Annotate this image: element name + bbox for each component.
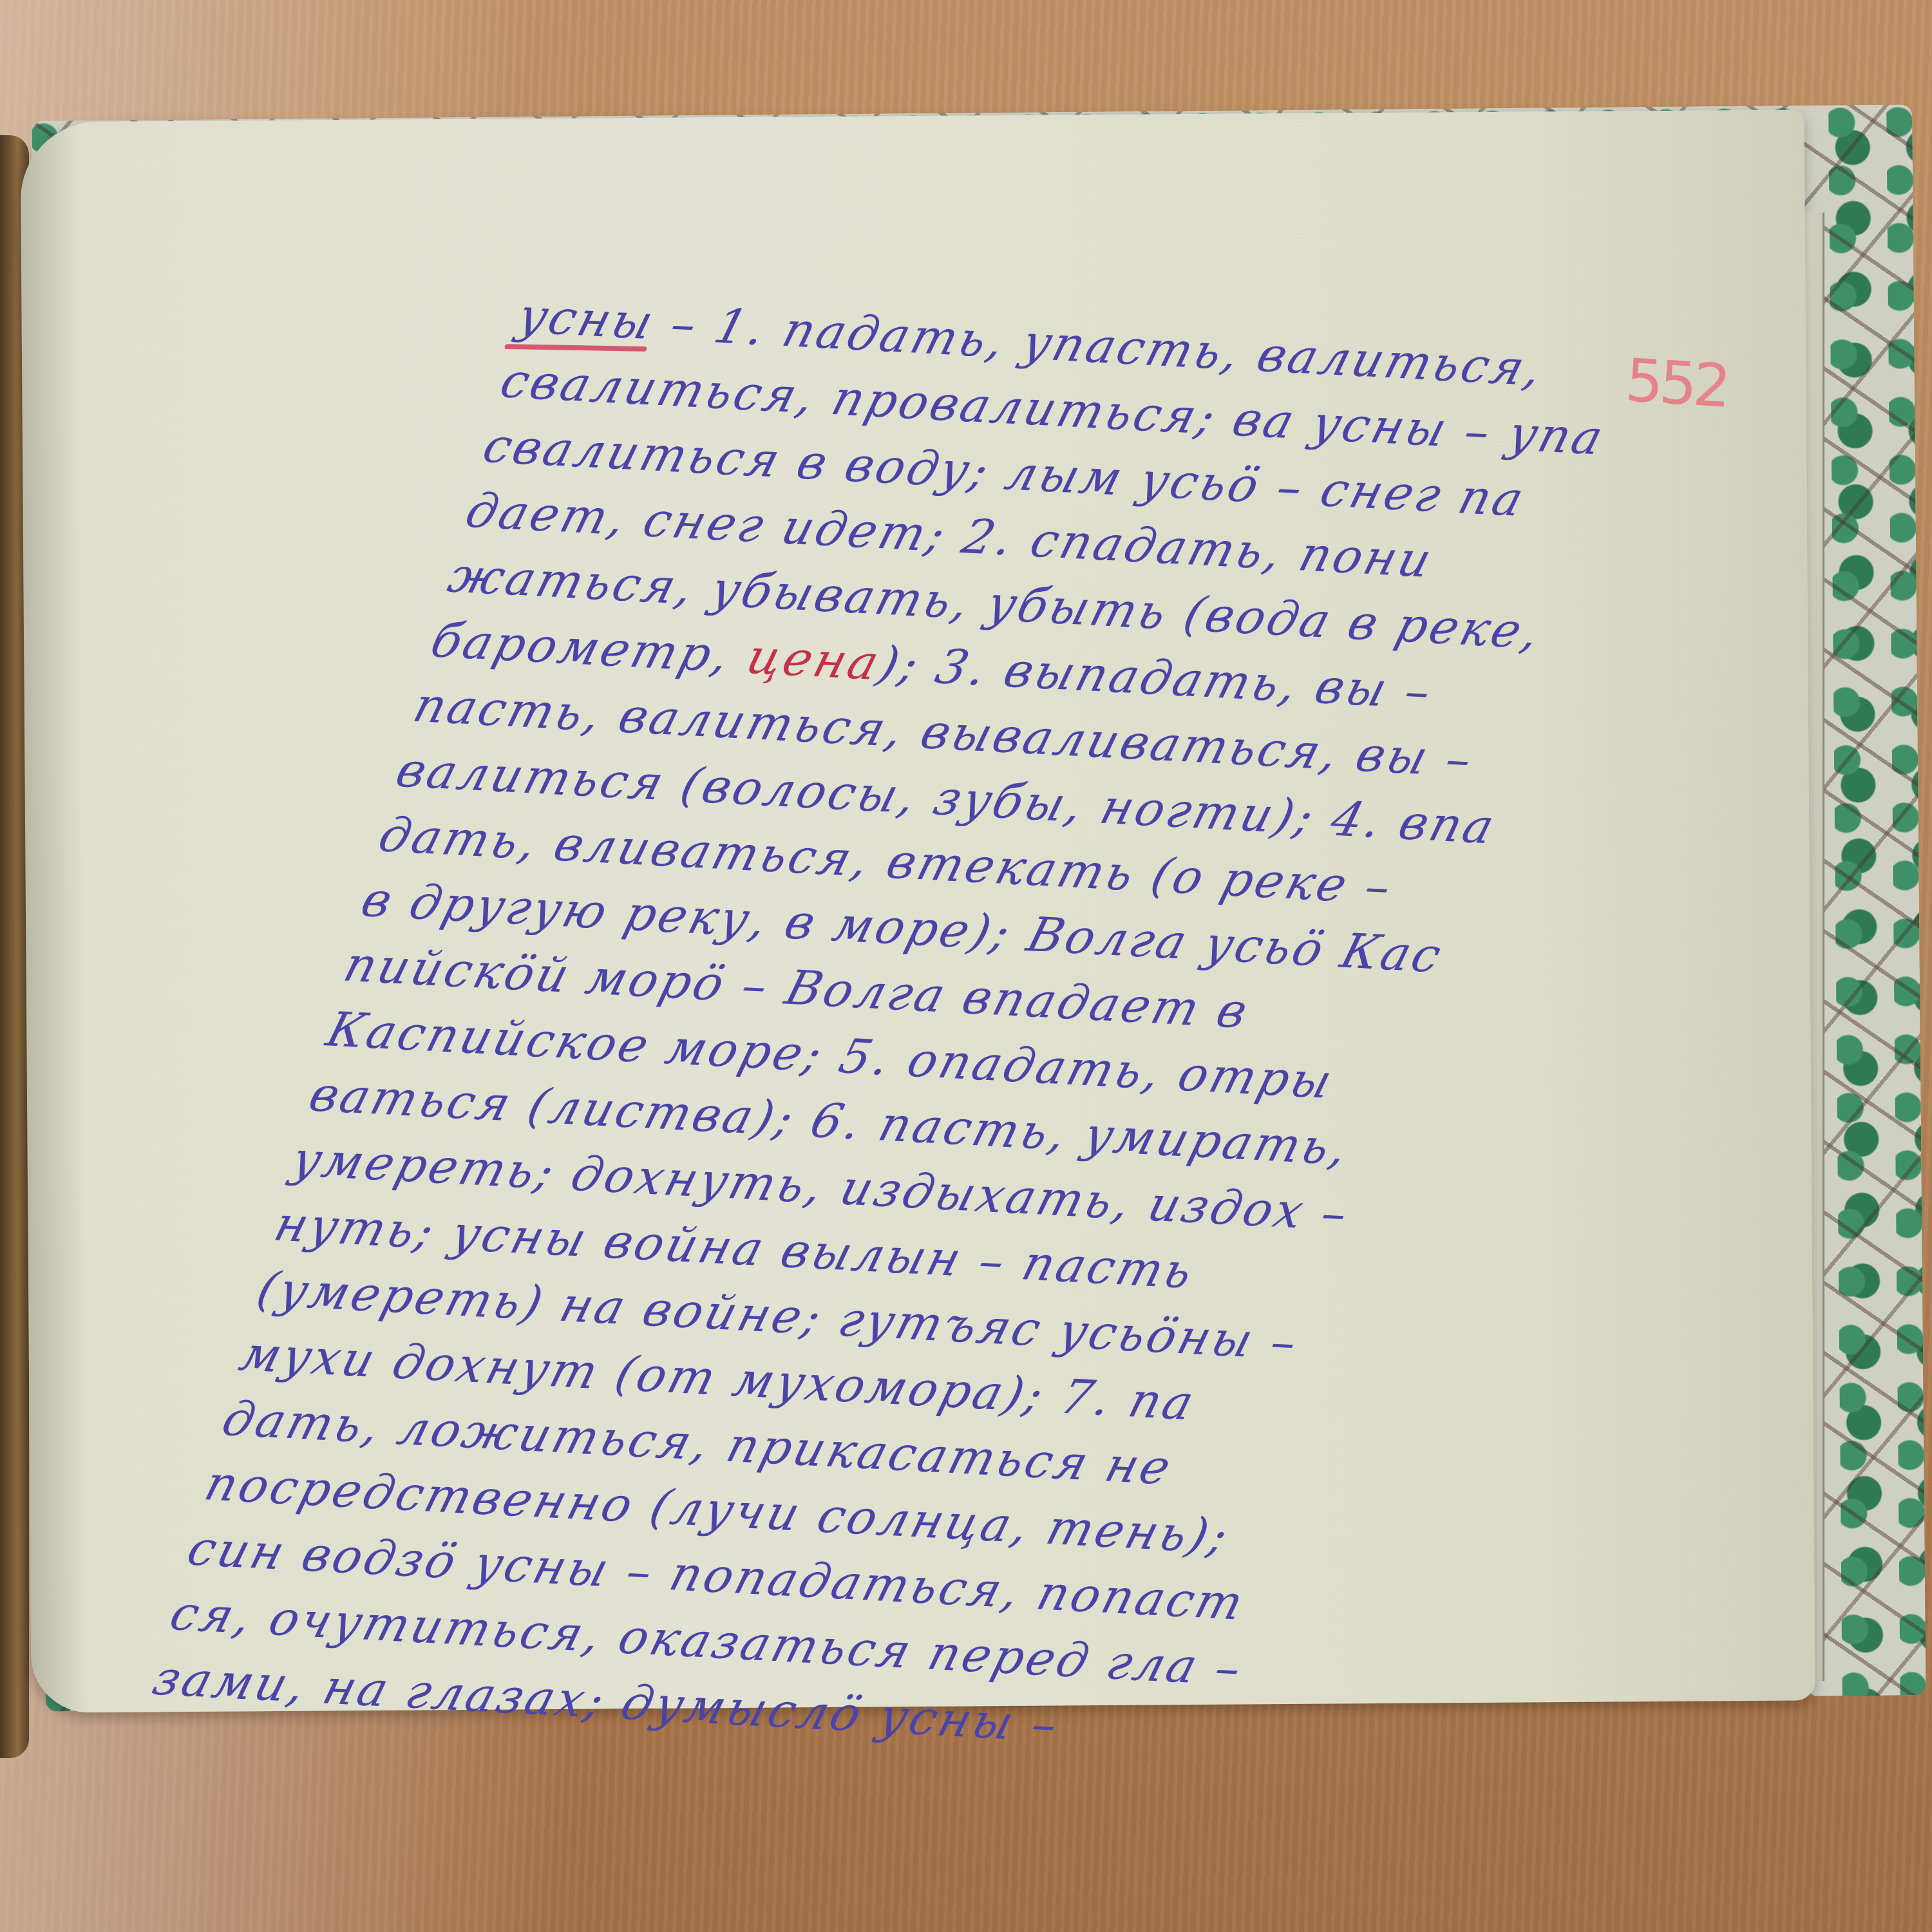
- red-correction: цена: [741, 629, 887, 691]
- headword: усны: [512, 289, 661, 350]
